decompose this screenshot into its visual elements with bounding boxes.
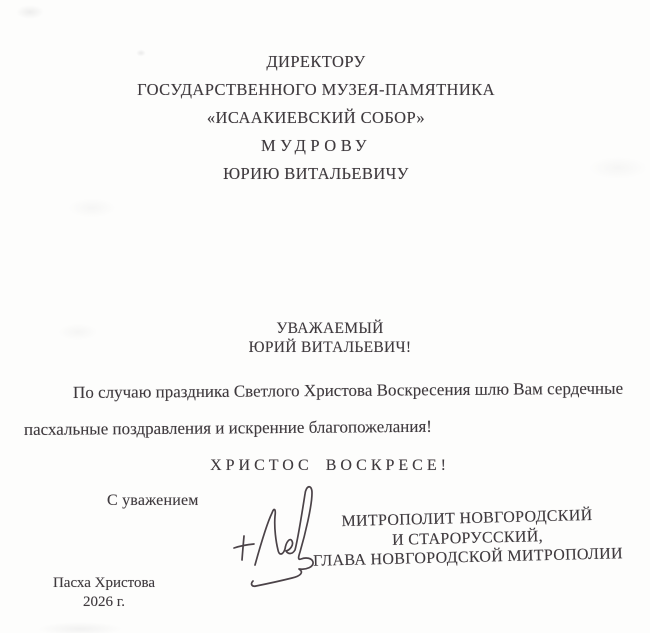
closing-phrase: С уважением: [107, 492, 199, 510]
date-line-easter: Пасха Христова: [48, 574, 160, 593]
salutation-line-1: УВАЖАЕМЫЙ: [15, 320, 645, 339]
recipient-line-organization: ГОСУДАРСТВЕННОГО МУЗЕЯ-ПАМЯТНИКА: [0, 76, 632, 104]
recipient-line-title: ДИРЕКТОРУ: [0, 48, 632, 76]
recipient-line-surname: МУДРОВУ: [0, 132, 632, 160]
easter-greeting: ХРИСТОС ВОСКРЕСЕ!: [15, 457, 645, 475]
document-page: ДИРЕКТОРУ ГОСУДАРСТВЕННОГО МУЗЕЯ-ПАМЯТНИ…: [0, 0, 650, 633]
date-block: Пасха Христова 2026 г.: [48, 574, 160, 612]
signature-cross-icon: [234, 536, 254, 560]
recipient-line-museum-name: «ИСААКИЕВСКИЙ СОБОР»: [0, 104, 632, 132]
salutation-block: УВАЖАЕМЫЙ ЮРИЙ ВИТАЛЬЕВИЧ!: [15, 320, 645, 357]
recipient-block: ДИРЕКТОРУ ГОСУДАРСТВЕННОГО МУЗЕЯ-ПАМЯТНИ…: [0, 48, 632, 188]
date-line-year: 2026 г.: [48, 593, 160, 612]
salutation-line-2: ЮРИЙ ВИТАЛЬЕВИЧ!: [15, 339, 645, 358]
recipient-line-name-patronymic: ЮРИЮ ВИТАЛЬЕВИЧУ: [0, 160, 632, 188]
body-line-1: По случаю праздника Светлого Христова Во…: [73, 379, 623, 403]
body-line-2: пасхальные поздравления и искренние благ…: [24, 417, 432, 440]
signatory-title-block: МИТРОПОЛИТ НОВГОРОДСКИЙ И СТАРОРУССКИЙ, …: [294, 505, 640, 572]
